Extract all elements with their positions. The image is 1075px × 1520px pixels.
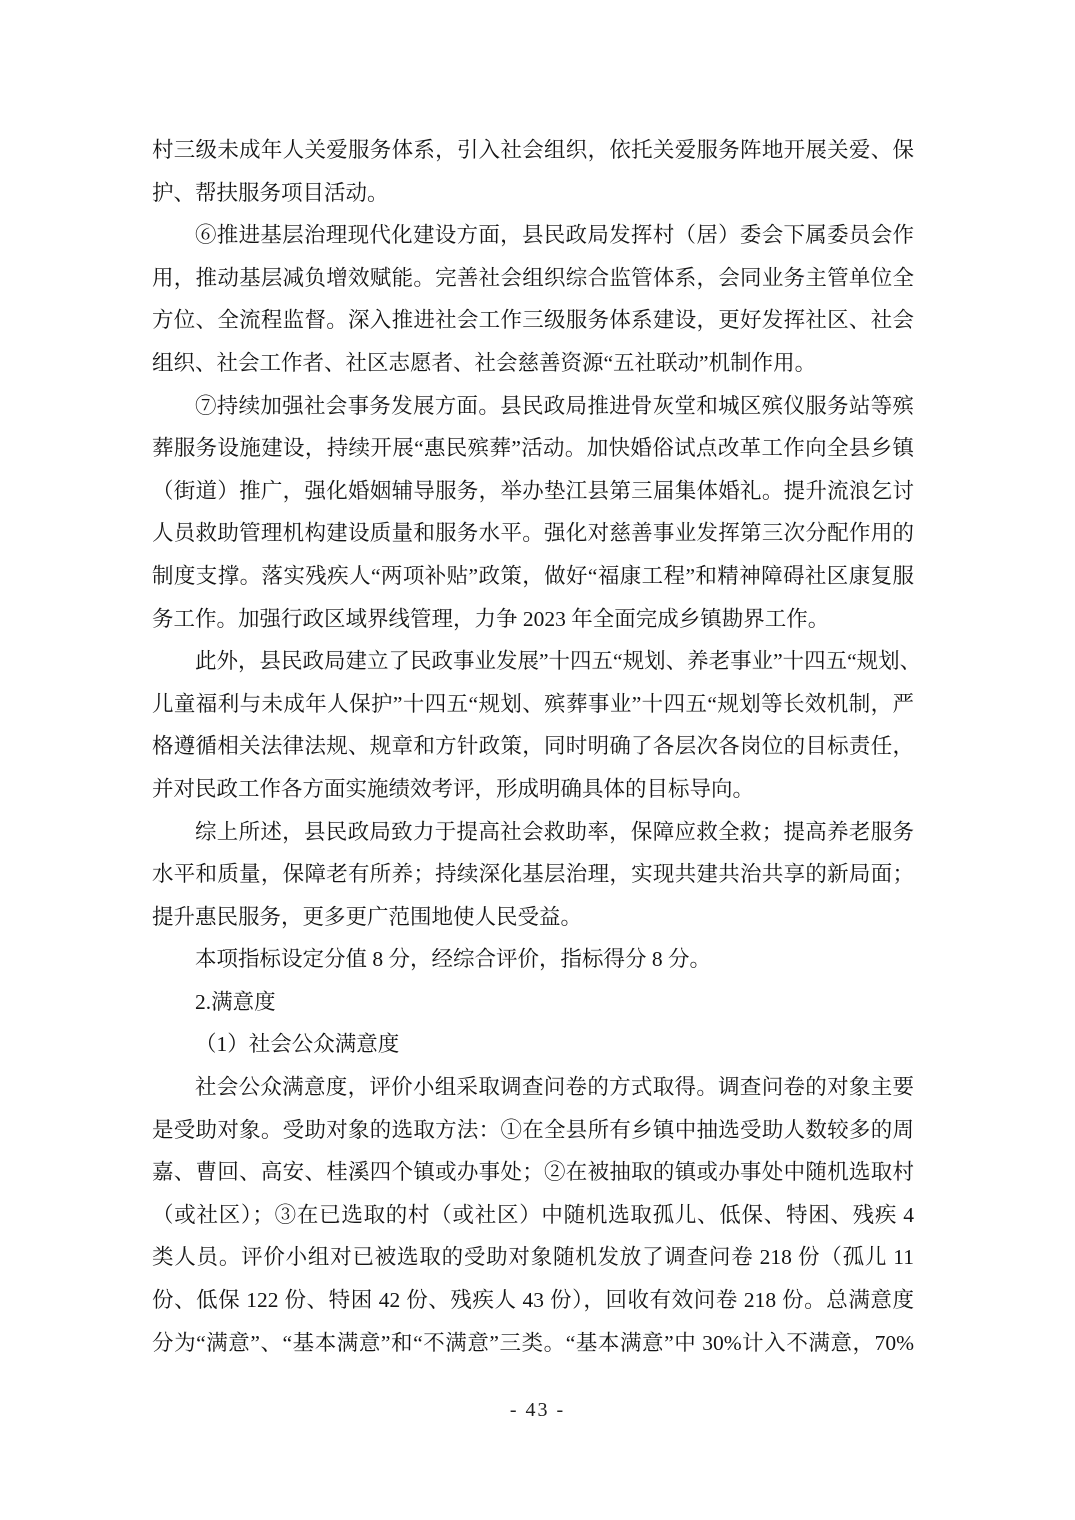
text-line: 社会公众满意度，评价小组采取调查问卷的方式取得。调查问卷的对象主要 <box>152 1066 914 1109</box>
text-line: 用，推动基层减负增效赋能。完善社会组织综合监管体系，会同业务主管单位全 <box>152 257 914 300</box>
text-line: 葬服务设施建设，持续开展“惠民殡葬”活动。加快婚俗试点改革工作向全县乡镇 <box>152 427 914 470</box>
text-line: 分为“满意”、“基本满意”和“不满意”三类。“基本满意”中 30%计入不满意，7… <box>152 1322 914 1365</box>
text-line: 类人员。评价小组对已被选取的受助对象随机发放了调查问卷 218 份（孤儿 11 <box>152 1236 914 1279</box>
text-line: ⑦持续加强社会事务发展方面。县民政局推进骨灰堂和城区殡仪服务站等殡 <box>152 385 914 428</box>
text-line: 水平和质量，保障老有所养；持续深化基层治理，实现共建共治共享的新局面； <box>152 853 914 896</box>
text-line: ⑥推进基层治理现代化建设方面，县民政局发挥村（居）委会下属委员会作 <box>152 214 914 257</box>
text-line: （街道）推广，强化婚姻辅导服务，举办垫江县第三届集体婚礼。提升流浪乞讨 <box>152 470 914 513</box>
text-line: 提升惠民服务，更多更广范围地使人民受益。 <box>152 896 914 939</box>
paragraph-cihwai: 此外，县民政局建立了民政事业发展”十四五“规划、养老事业”十四五“规划、 儿童福… <box>152 640 914 810</box>
text-line: 此外，县民政局建立了民政事业发展”十四五“规划、养老事业”十四五“规划、 <box>152 640 914 683</box>
text-line: 人员救助管理机构建设质量和服务水平。强化对慈善事业发挥第三次分配作用的 <box>152 512 914 555</box>
text-line: 制度支撑。落实残疾人“两项补贴”政策，做好“福康工程”和精神障碍社区康复服 <box>152 555 914 598</box>
text-line: 务工作。加强行政区域界线管理，力争 2023 年全面完成乡镇勘界工作。 <box>152 598 914 641</box>
text-line: 护、帮扶服务项目活动。 <box>152 172 914 215</box>
text-line: 组织、社会工作者、社区志愿者、社会慈善资源“五社联动”机制作用。 <box>152 342 914 385</box>
paragraph-item-7: ⑦持续加强社会事务发展方面。县民政局推进骨灰堂和城区殡仪服务站等殡 葬服务设施建… <box>152 385 914 641</box>
text-line: 格遵循相关法律法规、规章和方针政策，同时明确了各层次各岗位的目标责任， <box>152 725 914 768</box>
page-number-footer: - 43 - <box>0 1399 1075 1422</box>
text-line: （或社区）；③在已选取的村（或社区）中随机选取孤儿、低保、特困、残疾 4 <box>152 1194 914 1237</box>
paragraph-score: 本项指标设定分值 8 分，经综合评价，指标得分 8 分。 <box>152 938 914 981</box>
text-line: 儿童福利与未成年人保护”十四五“规划、殡葬事业”十四五“规划等长效机制，严 <box>152 683 914 726</box>
text-line: 本项指标设定分值 8 分，经综合评价，指标得分 8 分。 <box>152 938 914 981</box>
text-line: 村三级未成年人关爱服务体系，引入社会组织，依托关爱服务阵地开展关爱、保 <box>152 129 914 172</box>
text-line: 2.满意度 <box>152 981 914 1024</box>
text-line: 综上所述，县民政局致力于提高社会救助率，保障应救全救；提高养老服务 <box>152 811 914 854</box>
paragraph-item-6: ⑥推进基层治理现代化建设方面，县民政局发挥村（居）委会下属委员会作 用，推动基层… <box>152 214 914 384</box>
text-line: 份、低保 122 份、特困 42 份、残疾人 43 份），回收有效问卷 218 … <box>152 1279 914 1322</box>
document-page: 村三级未成年人关爱服务体系，引入社会组织，依托关爱服务阵地开展关爱、保 护、帮扶… <box>0 0 1075 1520</box>
text-line: （1）社会公众满意度 <box>152 1023 914 1066</box>
text-line: 是受助对象。受助对象的选取方法：①在全县所有乡镇中抽选受助人数较多的周 <box>152 1109 914 1152</box>
text-line: 方位、全流程监督。深入推进社会工作三级服务体系建设，更好发挥社区、社会 <box>152 299 914 342</box>
heading-public-satisfaction: （1）社会公众满意度 <box>152 1023 914 1066</box>
text-line: 嘉、曹回、高安、桂溪四个镇或办事处；②在被抽取的镇或办事处中随机选取村 <box>152 1151 914 1194</box>
paragraph-summary: 综上所述，县民政局致力于提高社会救助率，保障应救全救；提高养老服务 水平和质量，… <box>152 811 914 939</box>
heading-satisfaction: 2.满意度 <box>152 981 914 1024</box>
document-text-block: 村三级未成年人关爱服务体系，引入社会组织，依托关爱服务阵地开展关爱、保 护、帮扶… <box>152 129 914 1364</box>
paragraph-survey: 社会公众满意度，评价小组采取调查问卷的方式取得。调查问卷的对象主要 是受助对象。… <box>152 1066 914 1364</box>
paragraph-continuation: 村三级未成年人关爱服务体系，引入社会组织，依托关爱服务阵地开展关爱、保 护、帮扶… <box>152 129 914 214</box>
text-line: 并对民政工作各方面实施绩效考评，形成明确具体的目标导向。 <box>152 768 914 811</box>
